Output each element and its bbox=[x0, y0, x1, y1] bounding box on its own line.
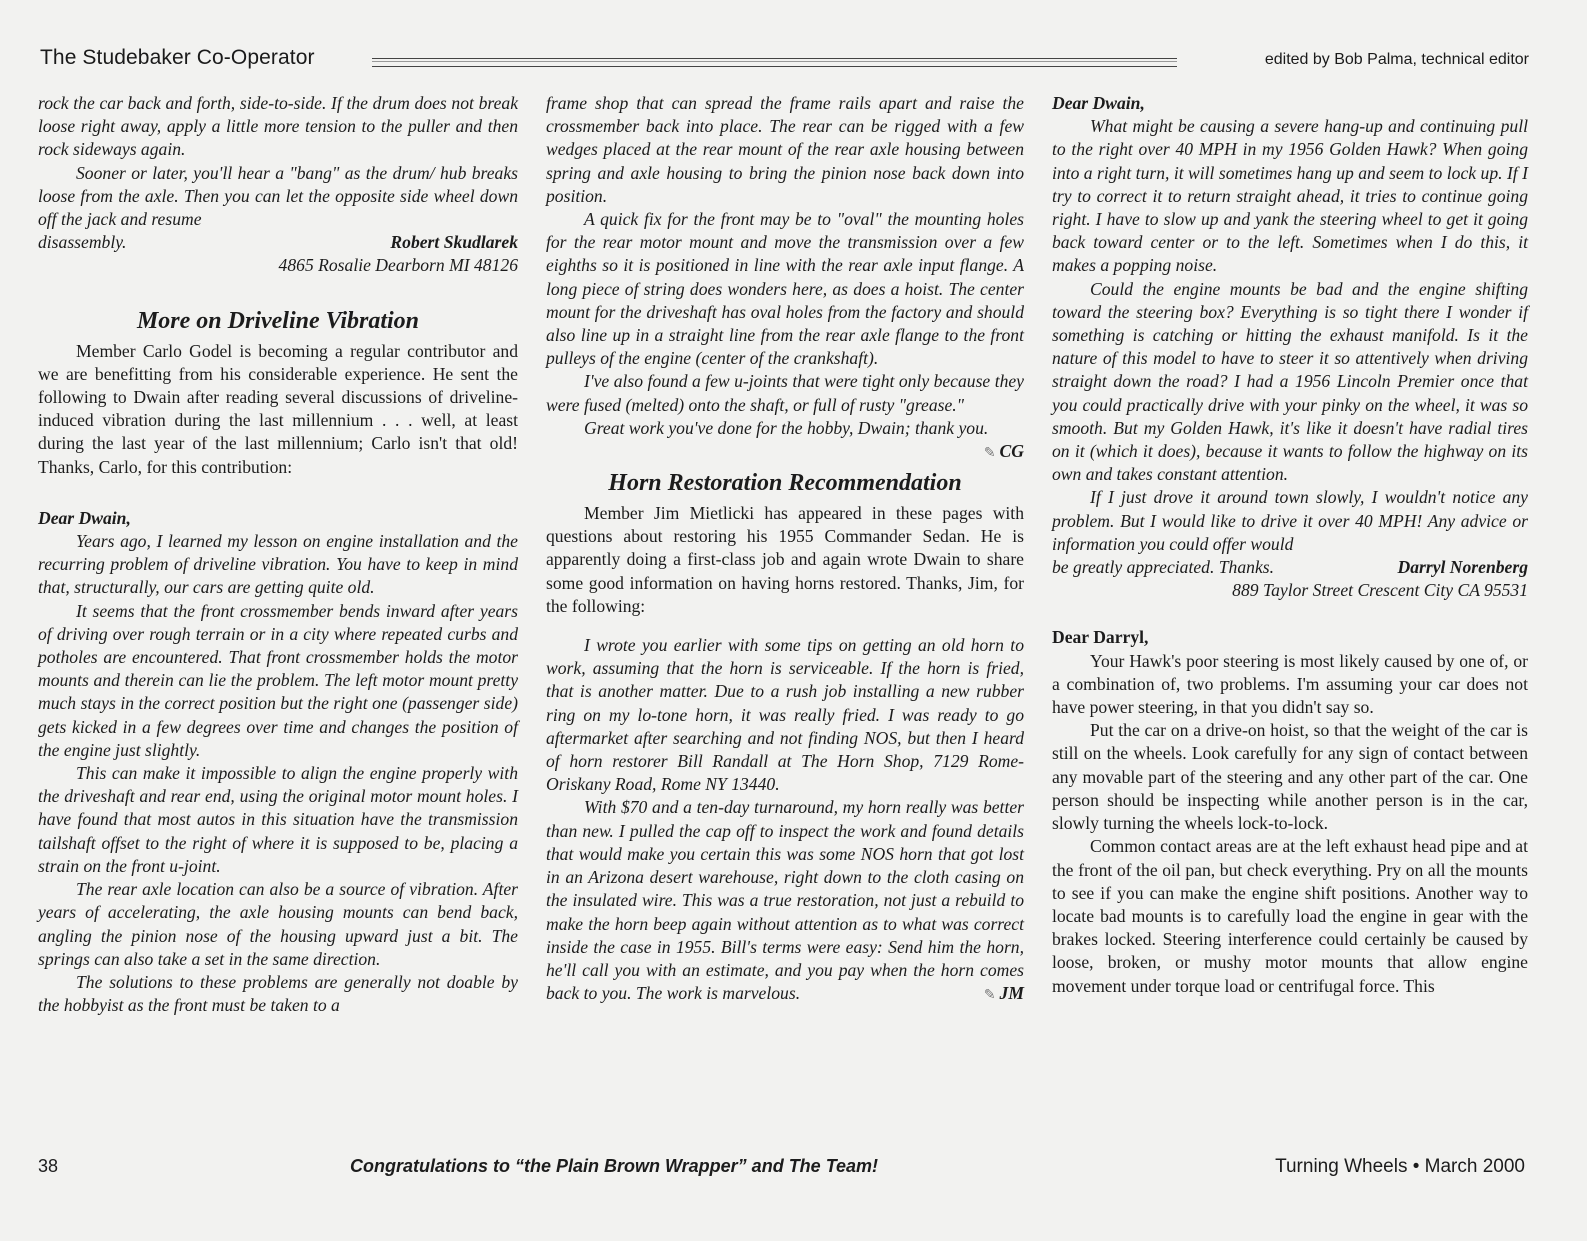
salutation: Dear Dwain, bbox=[38, 507, 518, 530]
letter-paragraph: The solutions to these problems are gene… bbox=[38, 971, 518, 1017]
column-2: frame shop that can spread the frame rai… bbox=[546, 92, 1024, 1007]
author-address: 889 Taylor Street Crescent City CA 95531 bbox=[1052, 579, 1528, 602]
page-footer: 38 Congratulations to “the Plain Brown W… bbox=[38, 1156, 1525, 1182]
initials-text: JM bbox=[1000, 983, 1024, 1003]
letter-paragraph: This can make it impossible to align the… bbox=[38, 762, 518, 878]
salutation: Dear Dwain, bbox=[1052, 92, 1528, 115]
paragraph-end: disassembly. bbox=[38, 231, 126, 254]
letter-paragraph: Years ago, I learned my lesson on engine… bbox=[38, 530, 518, 600]
paragraph: Sooner or later, you'll hear a "bang" as… bbox=[38, 162, 518, 232]
author-initials: ✎CG bbox=[946, 440, 1024, 465]
magazine-issue: Turning Wheels • March 2000 bbox=[1275, 1156, 1525, 1178]
page-header: The Studebaker Co-Operator edited by Bob… bbox=[40, 46, 1529, 76]
column-3: Dear Dwain, What might be causing a seve… bbox=[1052, 92, 1528, 998]
paragraph-text: Great work you've done for the hobby, Dw… bbox=[584, 418, 988, 438]
letter-paragraph: Could the engine mounts be bad and the e… bbox=[1052, 278, 1528, 487]
header-double-rule bbox=[372, 58, 1177, 67]
letter-paragraph: A quick fix for the front may be to "ova… bbox=[546, 208, 1024, 370]
letter-paragraph: The rear axle location can also be a sou… bbox=[38, 878, 518, 971]
signature-line: disassembly. Robert Skudlarek bbox=[38, 231, 518, 254]
section-heading: Horn Restoration Recommendation bbox=[546, 468, 1024, 498]
letter-paragraph: With $70 and a ten-day turnaround, my ho… bbox=[546, 796, 1024, 1005]
column-title: The Studebaker Co-Operator bbox=[40, 46, 315, 70]
letter-paragraph: I've also found a few u-joints that were… bbox=[546, 370, 1024, 416]
intro-paragraph: Member Jim Mietlicki has appeared in the… bbox=[546, 502, 1024, 618]
magazine-page: The Studebaker Co-Operator edited by Bob… bbox=[0, 0, 1587, 1241]
paragraph: rock the car back and forth, side-to-sid… bbox=[38, 92, 518, 162]
congratulations-banner: Congratulations to “the Plain Brown Wrap… bbox=[350, 1156, 878, 1177]
author-name: Darryl Norenberg bbox=[1398, 556, 1528, 579]
letter-paragraph: Great work you've done for the hobby, Dw… bbox=[546, 417, 1024, 440]
author-name: Robert Skudlarek bbox=[390, 231, 518, 254]
answer-paragraph: Put the car on a drive-on hoist, so that… bbox=[1052, 719, 1528, 835]
author-initials: ✎JM bbox=[946, 982, 1024, 1007]
pen-icon: ✎ bbox=[984, 446, 996, 461]
author-address: 4865 Rosalie Dearborn MI 48126 bbox=[38, 254, 518, 277]
pen-icon: ✎ bbox=[984, 988, 996, 1003]
intro-paragraph: Member Carlo Godel is becoming a regular… bbox=[38, 340, 518, 479]
letter-paragraph: What might be causing a severe hang-up a… bbox=[1052, 115, 1528, 277]
answer-paragraph: Your Hawk's poor steering is most likely… bbox=[1052, 650, 1528, 720]
page-number: 38 bbox=[38, 1156, 58, 1177]
signature-line: be greatly appreciated. Thanks. Darryl N… bbox=[1052, 556, 1528, 579]
column-1: rock the car back and forth, side-to-sid… bbox=[38, 92, 518, 1017]
editor-credit: edited by Bob Palma, technical editor bbox=[1265, 51, 1529, 69]
answer-paragraph: Common contact areas are at the left exh… bbox=[1052, 835, 1528, 997]
initials-text: CG bbox=[1000, 441, 1024, 461]
paragraph-end: be greatly appreciated. Thanks. bbox=[1052, 556, 1274, 579]
letter-paragraph: If I just drove it around town slowly, I… bbox=[1052, 486, 1528, 556]
letter-paragraph: I wrote you earlier with some tips on ge… bbox=[546, 634, 1024, 796]
reply-salutation: Dear Darryl, bbox=[1052, 626, 1528, 649]
letter-paragraph: It seems that the front crossmember bend… bbox=[38, 600, 518, 762]
paragraph-text: With $70 and a ten-day turnaround, my ho… bbox=[546, 797, 1024, 1003]
section-heading: More on Driveline Vibration bbox=[38, 306, 518, 336]
letter-paragraph: frame shop that can spread the frame rai… bbox=[546, 92, 1024, 208]
